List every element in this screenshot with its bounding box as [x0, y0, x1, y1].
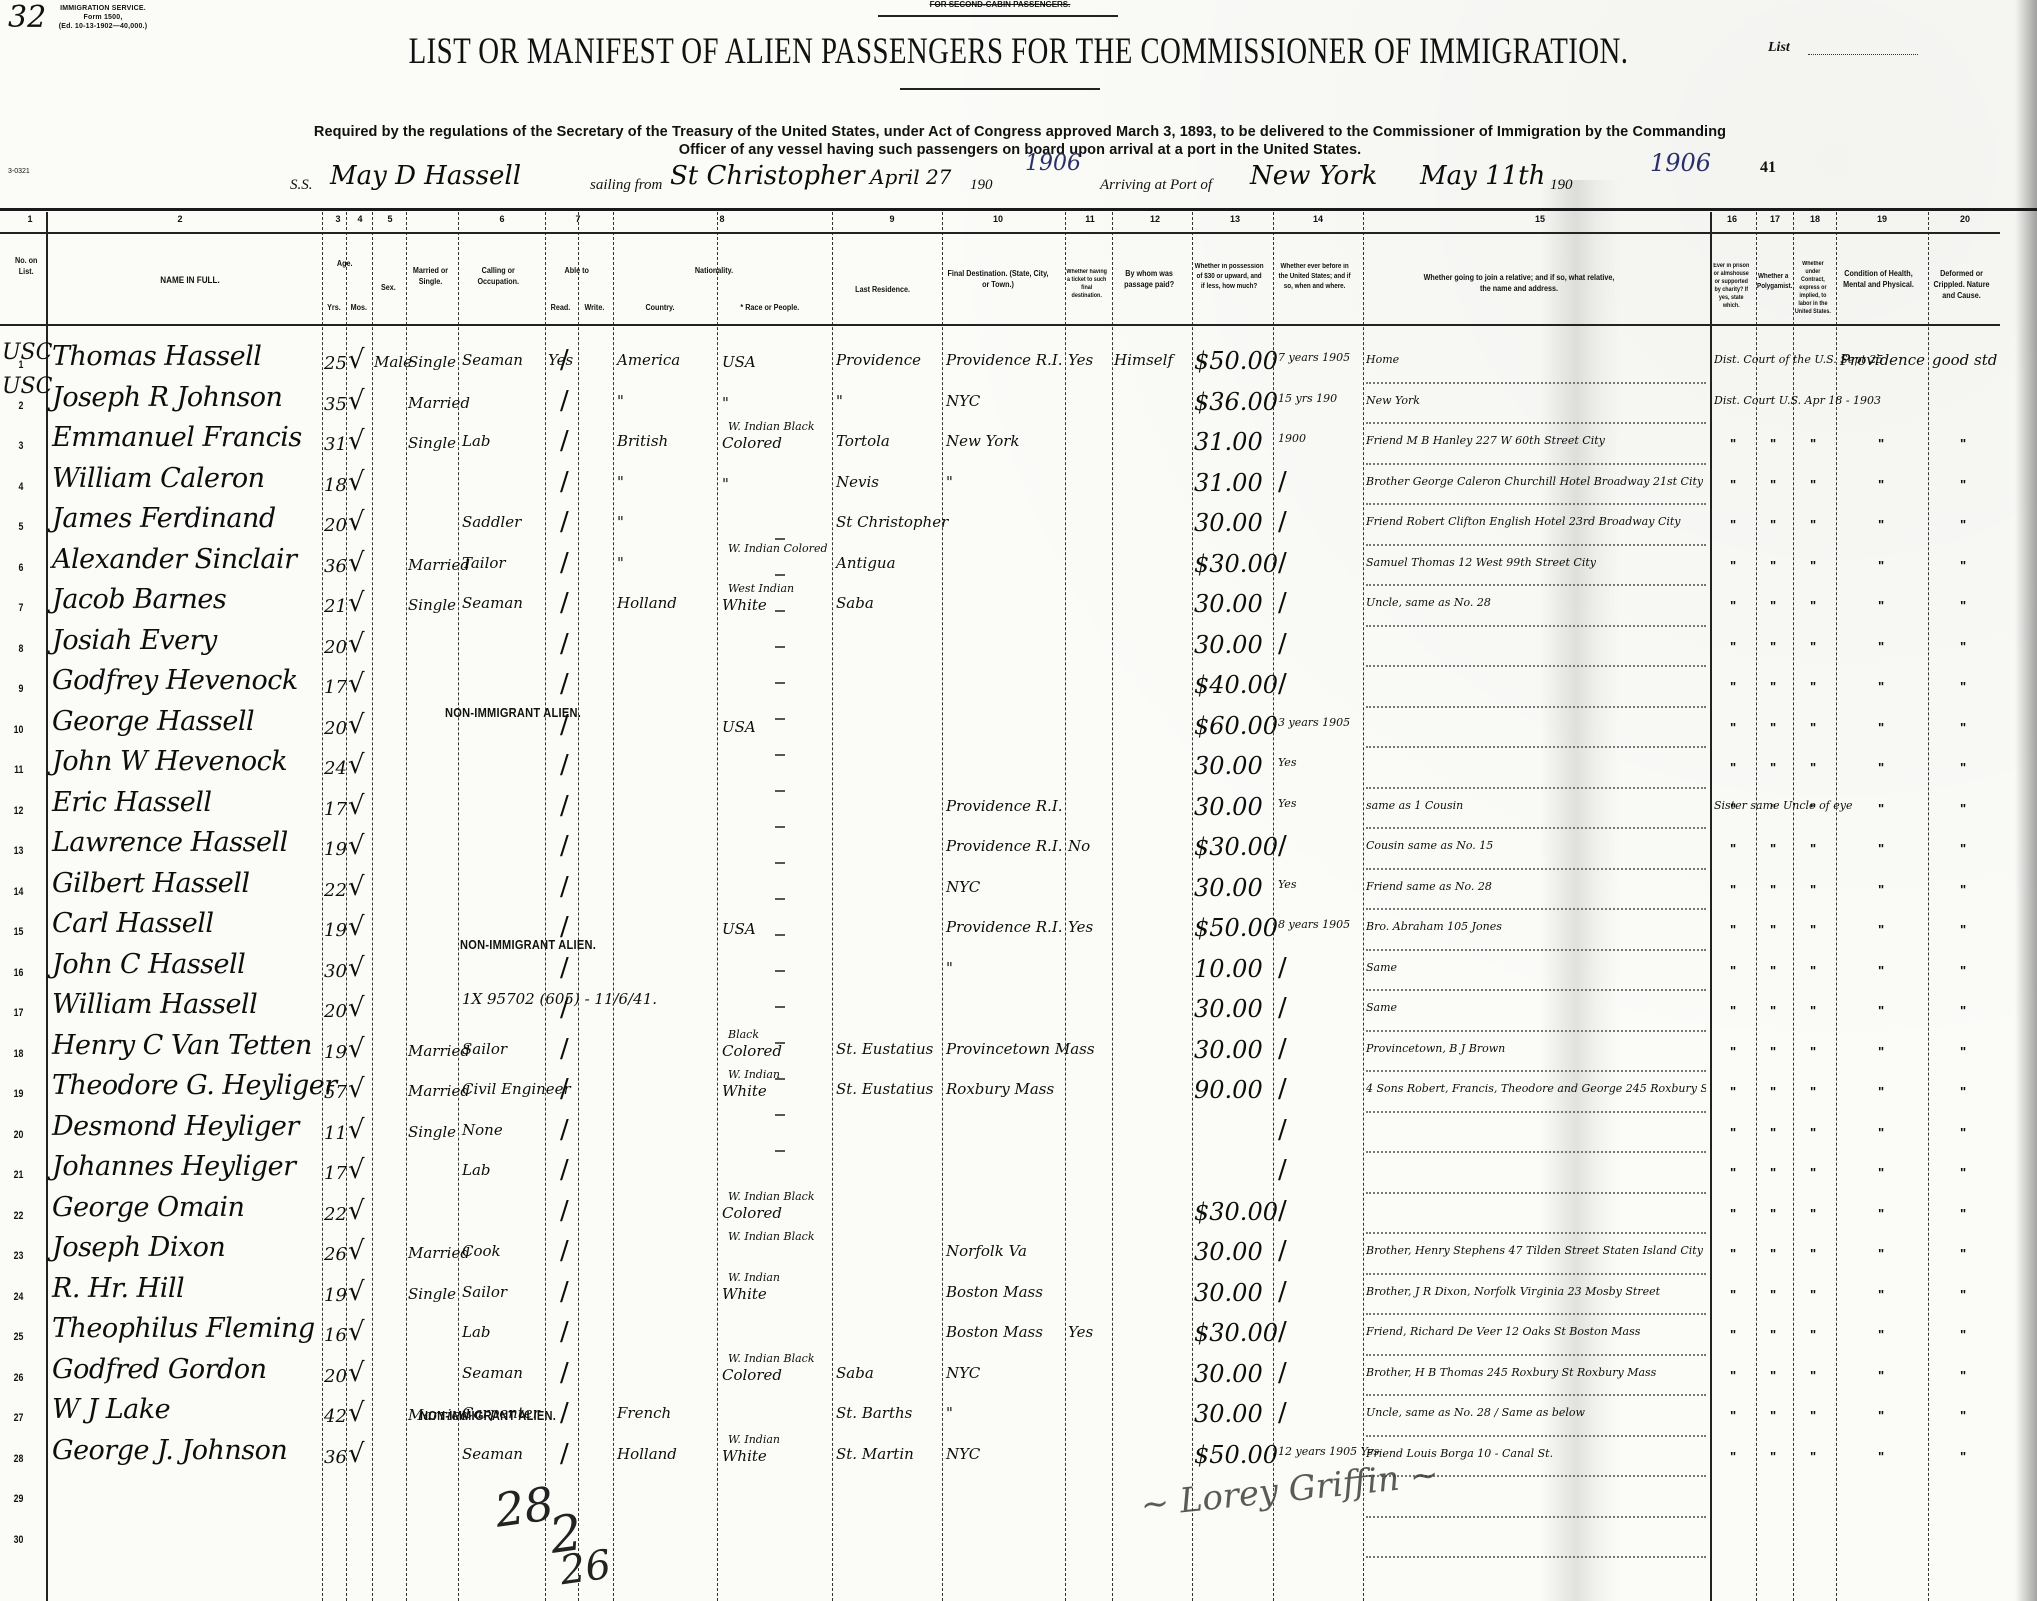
- money-amount: 30.00: [1194, 1400, 1263, 1428]
- deformed-note: good std: [1932, 351, 1997, 369]
- ditto-mark: ": [1960, 1327, 1966, 1342]
- joining-relative: Same: [1366, 961, 1397, 974]
- money-amount: 30.00: [1194, 1238, 1263, 1266]
- money-amount: 30.00: [1194, 752, 1263, 780]
- arriving-label: Arriving at Port of: [1100, 177, 1212, 194]
- age-years: 20: [324, 1001, 347, 1022]
- passenger-name: Godfrey Hevenock: [52, 665, 298, 696]
- col-divider: [1793, 212, 1794, 1601]
- row-rule: [1366, 1394, 1706, 1396]
- row-number: 7: [3, 602, 24, 614]
- race-note: W. Indian Black: [728, 1230, 815, 1243]
- age-check-mark: √: [348, 750, 365, 780]
- last-residence: St. Martin: [836, 1445, 914, 1463]
- column-header-age: Age.: [324, 258, 365, 269]
- final-destination: ": [946, 959, 953, 977]
- final-destination: Boston Mass: [946, 1323, 1043, 1341]
- final-destination: ": [946, 1404, 953, 1422]
- before-us-slash: /: [1278, 1034, 1287, 1064]
- write-check-mark: /: [560, 588, 569, 618]
- ditto-mark: ": [1810, 1003, 1816, 1018]
- ditto-mark: ": [1960, 720, 1966, 735]
- final-destination: Provincetown Mass: [946, 1040, 1095, 1058]
- ditto-mark: ": [1770, 882, 1776, 897]
- before-us-slash: /: [1278, 629, 1287, 659]
- passenger-name: John W Hevenock: [52, 746, 287, 777]
- ditto-mark: ": [1770, 1044, 1776, 1059]
- money-amount: $30.00: [1194, 550, 1278, 578]
- column-number: 20: [1955, 214, 1975, 224]
- ditto-mark: ": [1960, 1084, 1966, 1099]
- arriving-year-printed: 190: [1550, 177, 1573, 194]
- age-years: 19: [324, 920, 347, 941]
- age-check-mark: √: [348, 953, 365, 983]
- last-residence: St. Eustatius: [836, 1040, 933, 1058]
- ditto-mark: ": [1810, 1449, 1816, 1464]
- money-amount: 30.00: [1194, 590, 1263, 618]
- passenger-name: Eric Hassell: [52, 787, 212, 818]
- health-condition: Providence: [1840, 351, 1925, 369]
- ditto-mark: ": [1878, 1084, 1884, 1099]
- row-rule: [1366, 1354, 1706, 1356]
- row-rule: [1366, 1313, 1706, 1315]
- admin-annotation: 1X 95702 (605) - 11/6/41.: [462, 990, 657, 1008]
- row-rule: [1366, 1516, 1706, 1518]
- ditto-mark: ": [1770, 598, 1776, 613]
- country: ": [617, 513, 624, 531]
- occupation: Saddler: [462, 513, 521, 531]
- occupation: Seaman: [462, 1364, 523, 1382]
- col-divider: [1710, 212, 1712, 1601]
- joining-relative: Bro. Abraham 105 Jones: [1366, 920, 1502, 933]
- last-residence: ": [836, 392, 843, 410]
- before-us-slash: /: [1278, 1155, 1287, 1185]
- age-years: 20: [324, 637, 347, 658]
- write-check-mark: /: [560, 507, 569, 537]
- money-amount: 30.00: [1194, 509, 1263, 537]
- age-years: 36: [324, 1447, 347, 1468]
- ditto-mark: ": [1810, 517, 1816, 532]
- ditto-mark: ": [1730, 679, 1736, 694]
- column-header-paid-by: By whom was passage paid?: [1114, 268, 1184, 290]
- before-us-slash: /: [1278, 1358, 1287, 1388]
- ditto-mark: ": [1878, 639, 1884, 654]
- age-years: 20: [324, 718, 347, 739]
- row-rule: [1366, 422, 1706, 424]
- ditto-mark: ": [1730, 841, 1736, 856]
- ditto-mark: ": [1810, 882, 1816, 897]
- column-number: 5: [380, 214, 400, 224]
- column-header-deformed: Deformed or Crippled. Nature and Cause.: [1930, 268, 1993, 301]
- age-years: 35: [324, 394, 347, 415]
- joining-relative: Brother, Henry Stephens 47 Tilden Street…: [1366, 1244, 1703, 1257]
- before-in-us: 7 years 1905: [1278, 351, 1350, 364]
- row-number: 2: [3, 400, 24, 412]
- write-check-mark: /: [560, 426, 569, 456]
- age-check-mark: √: [348, 1277, 365, 1307]
- ditto-mark: ": [1770, 1206, 1776, 1221]
- column-header-money: Whether in possession of $30 or upward, …: [1194, 262, 1264, 292]
- age-years: 17: [324, 677, 347, 698]
- passenger-name: Thomas Hassell: [52, 341, 261, 372]
- header-rule: [0, 324, 2000, 326]
- sailing-from-port: St Christopher: [670, 161, 865, 191]
- column-header-contract: Whether under Contract, express or impli…: [1794, 260, 1832, 316]
- column-number: 1: [20, 214, 40, 224]
- marital-status: Married: [408, 1244, 470, 1262]
- column-header-polygamist: Whether a Polygamist.: [1757, 272, 1789, 292]
- column-header-final-destination: Final Destination. (State, City, or Town…: [944, 268, 1052, 290]
- passenger-name: Joseph R Johnson: [52, 382, 282, 413]
- column-header-able-to: Able to: [547, 265, 606, 276]
- write-check-mark: /: [560, 548, 569, 578]
- write-check-mark: /: [560, 1074, 569, 1104]
- write-check-mark: /: [560, 791, 569, 821]
- ditto-wavy-line: [775, 520, 785, 1160]
- ditto-mark: ": [1730, 1206, 1736, 1221]
- age-check-mark: √: [348, 426, 365, 456]
- joining-relative: Samuel Thomas 12 West 99th Street City: [1366, 556, 1596, 569]
- ditto-mark: ": [1878, 558, 1884, 573]
- ditto-mark: ": [1730, 1368, 1736, 1383]
- ditto-mark: ": [1730, 477, 1736, 492]
- ditto-mark: ": [1770, 436, 1776, 451]
- before-us-slash: /: [1278, 669, 1287, 699]
- age-years: 19: [324, 839, 347, 860]
- final-destination: Providence R.I.: [946, 797, 1063, 815]
- ditto-mark: ": [1960, 1449, 1966, 1464]
- country: French: [617, 1404, 671, 1422]
- ditto-mark: ": [1810, 558, 1816, 573]
- race: Colored: [722, 1366, 782, 1384]
- race: ": [722, 394, 729, 412]
- age-years: 57: [324, 1082, 347, 1103]
- ditto-mark: ": [1878, 1408, 1884, 1423]
- ditto-mark: ": [1730, 436, 1736, 451]
- write-check-mark: /: [560, 750, 569, 780]
- column-number: 4: [350, 214, 370, 224]
- form-id-line: (Ed. 10-13-1902—40,000.): [48, 22, 158, 31]
- non-immigrant-stamp: NON-IMMIGRANT ALIEN.: [460, 937, 596, 952]
- column-header-country: Country.: [615, 302, 705, 313]
- passenger-name: R. Hr. Hill: [52, 1273, 184, 1304]
- ditto-mark: ": [1878, 1327, 1884, 1342]
- row-number: 10: [3, 724, 24, 736]
- joining-relative: same as 1 Cousin: [1366, 799, 1463, 812]
- column-number: 14: [1308, 214, 1328, 224]
- ditto-mark: ": [1810, 1408, 1816, 1423]
- side-code: 3-0321: [8, 168, 30, 175]
- ditto-mark: ": [1730, 922, 1736, 937]
- joining-relative: Uncle, same as No. 28: [1366, 596, 1491, 609]
- race: USA: [722, 353, 756, 371]
- final-destination: NYC: [946, 1364, 980, 1382]
- occupation: Seaman: [462, 594, 523, 612]
- row-rule: [1366, 1273, 1706, 1275]
- ditto-mark: ": [1810, 1287, 1816, 1302]
- ditto-mark: ": [1878, 922, 1884, 937]
- joining-relative: Friend Louis Borga 10 - Canal St.: [1366, 1447, 1553, 1460]
- write-check-mark: /: [560, 1398, 569, 1428]
- ditto-mark: ": [1770, 1125, 1776, 1140]
- ditto-mark: ": [1810, 1125, 1816, 1140]
- write-check-mark: /: [560, 1439, 569, 1469]
- column-number: 9: [882, 214, 902, 224]
- money-amount: $50.00: [1194, 1441, 1278, 1469]
- write-check-mark: /: [560, 1277, 569, 1307]
- row-number: 8: [3, 643, 24, 655]
- row-rule: [1366, 787, 1706, 789]
- ditto-mark: ": [1878, 1449, 1884, 1464]
- ditto-mark: ": [1730, 801, 1736, 816]
- row-number: 14: [3, 886, 24, 898]
- age-years: 19: [324, 1285, 347, 1306]
- write-check-mark: /: [560, 467, 569, 497]
- joining-relative: Friend Robert Clifton English Hotel 23rd…: [1366, 515, 1681, 528]
- race-note: W. Indian Black: [728, 1190, 815, 1203]
- passenger-name: Jacob Barnes: [52, 584, 226, 615]
- money-amount: 31.00: [1194, 469, 1263, 497]
- ditto-mark: ": [1810, 1327, 1816, 1342]
- write-check-mark: /: [560, 1317, 569, 1347]
- before-us-slash: /: [1278, 953, 1287, 983]
- money-amount: $30.00: [1194, 1319, 1278, 1347]
- row-rule: [1366, 1232, 1706, 1234]
- joining-relative: Uncle, same as No. 28 / Same as below: [1366, 1406, 1585, 1419]
- has-ticket: No: [1068, 837, 1090, 855]
- ditto-mark: ": [1810, 720, 1816, 735]
- ditto-mark: ": [1960, 477, 1966, 492]
- ditto-mark: ": [1810, 679, 1816, 694]
- write-check-mark: /: [560, 1236, 569, 1266]
- occupation: Cook: [462, 1242, 501, 1260]
- marital-status: Single: [408, 434, 456, 452]
- age-years: 26: [324, 1244, 347, 1265]
- write-check-mark: /: [560, 872, 569, 902]
- final-destination: NYC: [946, 1445, 980, 1463]
- ditto-mark: ": [1810, 922, 1816, 937]
- passenger-name: Henry C Van Tetten: [52, 1030, 312, 1061]
- ditto-mark: ": [1810, 639, 1816, 654]
- ditto-mark: ": [1770, 1246, 1776, 1261]
- passenger-name: Theophilus Fleming: [52, 1313, 315, 1344]
- ditto-mark: ": [1770, 558, 1776, 573]
- age-check-mark: √: [348, 467, 365, 497]
- column-number: 8: [712, 214, 732, 224]
- tally-count: 26: [557, 1542, 614, 1595]
- joining-relative: Friend same as No. 28: [1366, 880, 1492, 893]
- row-number: 9: [3, 683, 24, 695]
- column-number: 6: [492, 214, 512, 224]
- row-rule: [1366, 1151, 1706, 1153]
- column-number: 17: [1765, 214, 1785, 224]
- ditto-mark: ": [1770, 517, 1776, 532]
- age-check-mark: √: [348, 1236, 365, 1266]
- country: ": [617, 554, 624, 572]
- ditto-mark: ": [1878, 598, 1884, 613]
- money-amount: $50.00: [1194, 347, 1278, 375]
- ditto-mark: ": [1960, 841, 1966, 856]
- form-id: IMMIGRATION SERVICE. Form 1500, (Ed. 10-…: [48, 4, 158, 31]
- final-destination: New York: [946, 432, 1020, 450]
- cabin-class-header: FOR SECOND-CABIN PASSENGERS.: [770, 0, 1230, 10]
- arriving-year-written: 1906: [1650, 149, 1711, 177]
- side-initial: USC: [2, 374, 52, 399]
- row-number: 30: [3, 1534, 24, 1546]
- before-us-slash: /: [1278, 507, 1287, 537]
- row-number: 17: [3, 1007, 24, 1019]
- corner-mark: 32: [8, 0, 46, 35]
- title-rule: [878, 15, 1118, 17]
- column-header-charity: Ever in prison or almshouse or supported…: [1711, 262, 1752, 310]
- col-divider: [346, 212, 347, 1601]
- occupation: Sailor: [462, 1040, 507, 1058]
- non-immigrant-stamp: NON-IMMIGRANT ALIEN.: [420, 1408, 556, 1423]
- col-divider: [545, 212, 546, 1601]
- before-in-us: 3 years 1905: [1278, 716, 1350, 729]
- column-number: 2: [170, 214, 190, 224]
- row-rule: [1366, 868, 1706, 870]
- ditto-mark: ": [1960, 558, 1966, 573]
- non-immigrant-stamp: NON-IMMIGRANT ALIEN.: [445, 705, 581, 720]
- extra-remarks: Dist. Court U.S. Apr 18 - 1903: [1714, 394, 1881, 407]
- marital-status: Married: [408, 1042, 470, 1060]
- passenger-name: Josiah Every: [52, 625, 217, 656]
- joining-relative: Brother, J R Dixon, Norfolk Virginia 23 …: [1366, 1285, 1660, 1298]
- before-us-slash: /: [1278, 467, 1287, 497]
- col-divider: [1756, 212, 1757, 1601]
- ditto-mark: ": [1810, 963, 1816, 978]
- write-check-mark: /: [560, 345, 569, 375]
- last-residence: Providence: [836, 351, 921, 369]
- ditto-mark: ": [1810, 1044, 1816, 1059]
- column-header-before-us: Whether ever before in the United States…: [1275, 262, 1354, 292]
- ditto-mark: ": [1770, 760, 1776, 775]
- ditto-mark: ": [1878, 1287, 1884, 1302]
- row-number: 27: [3, 1412, 24, 1424]
- before-us-slash: /: [1278, 1398, 1287, 1428]
- write-check-mark: /: [560, 1034, 569, 1064]
- row-rule: [1366, 746, 1706, 748]
- col-divider: [942, 212, 943, 1601]
- col-divider: [46, 212, 48, 1601]
- table-top-rule: [0, 208, 2037, 211]
- row-rule: [1366, 625, 1706, 627]
- ditto-mark: ": [1770, 639, 1776, 654]
- column-number: 19: [1872, 214, 1892, 224]
- before-us-slash: /: [1278, 831, 1287, 861]
- ditto-mark: ": [1770, 1408, 1776, 1423]
- age-check-mark: √: [348, 872, 365, 902]
- joining-relative: Provincetown, B J Brown: [1366, 1042, 1505, 1055]
- column-header-age-mos: Mos.: [348, 302, 370, 313]
- ditto-mark: ": [1878, 841, 1884, 856]
- age-years: 17: [324, 799, 347, 820]
- column-number: 10: [988, 214, 1008, 224]
- has-ticket: Yes: [1068, 918, 1093, 936]
- ditto-mark: ": [1730, 1327, 1736, 1342]
- ditto-mark: ": [1960, 517, 1966, 532]
- passenger-name: Godfred Gordon: [52, 1354, 267, 1385]
- ditto-mark: ": [1960, 1368, 1966, 1383]
- money-amount: $50.00: [1194, 914, 1278, 942]
- row-rule: [1366, 382, 1706, 384]
- row-number: 19: [3, 1088, 24, 1100]
- age-check-mark: √: [348, 1317, 365, 1347]
- occupation: None: [462, 1121, 503, 1139]
- final-destination: Roxbury Mass: [946, 1080, 1054, 1098]
- row-rule: [1366, 989, 1706, 991]
- column-header-occupation: Calling or Occupation.: [460, 265, 537, 287]
- age-check-mark: √: [348, 1439, 365, 1469]
- voyage-line: S.S. May D Hassell sailing from St Chris…: [290, 165, 1790, 205]
- ditto-mark: ": [1730, 760, 1736, 775]
- age-years: 31: [324, 434, 347, 455]
- age-check-mark: √: [348, 345, 365, 375]
- age-years: 36: [324, 556, 347, 577]
- ditto-mark: ": [1770, 1084, 1776, 1099]
- column-header-nationality: Nationality.: [615, 265, 813, 276]
- joining-relative: 4 Sons Robert, Francis, Theodore and Geo…: [1366, 1082, 1706, 1095]
- race: ": [722, 475, 729, 493]
- row-number: 4: [3, 481, 24, 493]
- passenger-name: Johannes Heyliger: [52, 1151, 295, 1182]
- col-divider: [458, 212, 459, 1601]
- age-check-mark: √: [348, 507, 365, 537]
- occupation: Sailor: [462, 1283, 507, 1301]
- final-destination: NYC: [946, 392, 980, 410]
- marital-status: Married: [408, 394, 470, 412]
- form-id-line: IMMIGRATION SERVICE.: [48, 4, 158, 13]
- row-number: 22: [3, 1210, 24, 1222]
- passenger-name: George Omain: [52, 1192, 244, 1223]
- ditto-mark: ": [1730, 517, 1736, 532]
- age-check-mark: √: [348, 1358, 365, 1388]
- ditto-mark: ": [1730, 1165, 1736, 1180]
- passenger-name: Emmanuel Francis: [52, 422, 302, 453]
- column-number: 15: [1530, 214, 1550, 224]
- ditto-mark: ": [1960, 639, 1966, 654]
- column-header-marital: Married or Single.: [408, 265, 453, 287]
- ditto-mark: ": [1730, 963, 1736, 978]
- last-residence: Saba: [836, 594, 874, 612]
- ditto-mark: ": [1810, 841, 1816, 856]
- race-note: W. Indian: [728, 1433, 780, 1446]
- ditto-mark: ": [1810, 477, 1816, 492]
- col-divider: [322, 212, 323, 1601]
- row-rule: [1366, 706, 1706, 708]
- ditto-mark: ": [1960, 801, 1966, 816]
- money-amount: 10.00: [1194, 955, 1263, 983]
- row-rule: [1366, 1556, 1706, 1558]
- money-amount: $30.00: [1194, 833, 1278, 861]
- ditto-mark: ": [1960, 1165, 1966, 1180]
- last-residence: Antigua: [836, 554, 896, 572]
- ditto-mark: ": [1730, 1287, 1736, 1302]
- joining-relative: Brother George Caleron Churchill Hotel B…: [1366, 475, 1703, 488]
- passenger-name: Theodore G. Heyliger: [52, 1070, 337, 1101]
- row-rule: [1366, 463, 1706, 465]
- before-us-slash: /: [1278, 588, 1287, 618]
- race: White: [722, 1082, 767, 1100]
- ditto-mark: ": [1878, 720, 1884, 735]
- occupation: Civil Engineer: [462, 1080, 571, 1098]
- age-check-mark: √: [348, 1155, 365, 1185]
- last-residence: Tortola: [836, 432, 890, 450]
- ditto-mark: ": [1878, 760, 1884, 775]
- ditto-mark: ": [1810, 1165, 1816, 1180]
- ditto-mark: ": [1730, 882, 1736, 897]
